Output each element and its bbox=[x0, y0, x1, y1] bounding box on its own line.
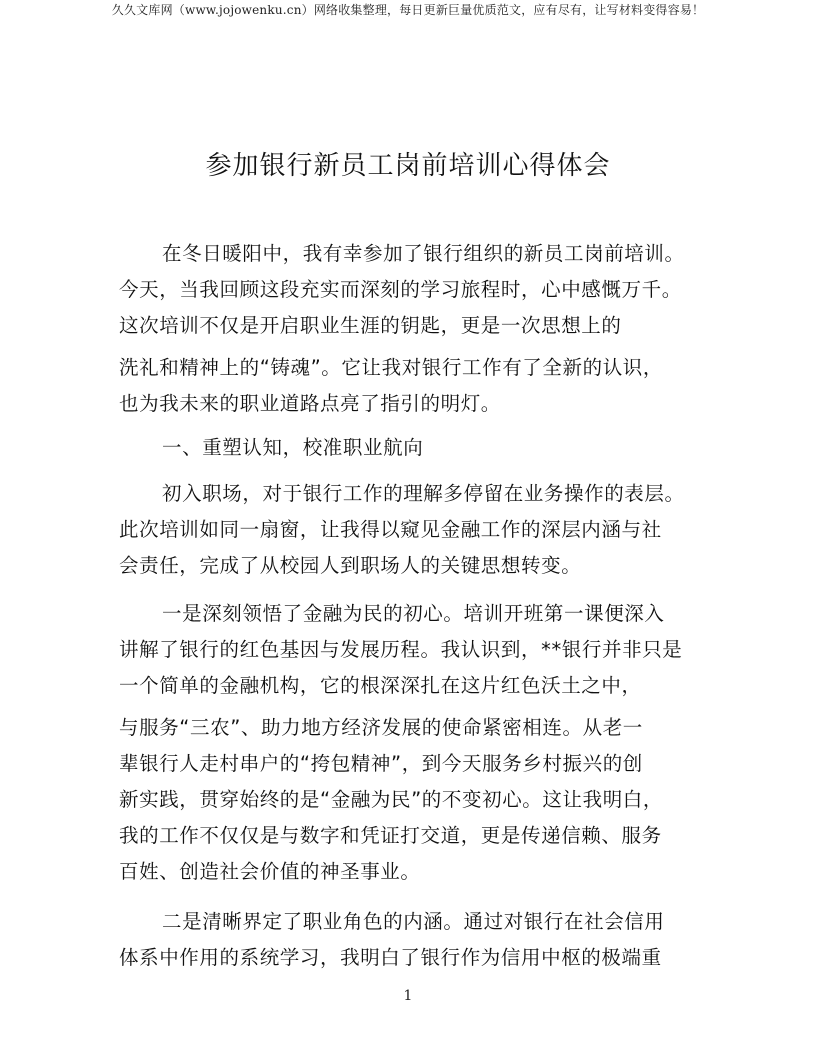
section-heading: 一、重塑认知，校准职业航向 bbox=[162, 434, 423, 462]
page-number: 1 bbox=[0, 988, 816, 1004]
text-line: 辈银行人走村串户的“挎包精神”，到今天服务乡村振兴的创 bbox=[119, 750, 643, 778]
text-line: 二是清晰界定了职业角色的内涵。通过对银行在社会信用 bbox=[162, 908, 665, 936]
text-line: 新实践，贯穿始终的是“金融为民”的不变初心。这让我明白， bbox=[119, 786, 663, 814]
text-line: 此次培训如同一扇窗，让我得以窥见金融工作的深层内涵与社 bbox=[119, 516, 662, 544]
text-line: 一是深刻领悟了金融为民的初心。培训开班第一课便深入 bbox=[162, 600, 665, 628]
text-line: 在冬日暖阳中，我有幸参加了银行组织的新员工岗前培训。 bbox=[162, 240, 685, 268]
text-line: 百姓、创造社会价值的神圣事业。 bbox=[119, 858, 421, 886]
text-line: 这次培训不仅是开启职业生涯的钥匙，更是一次思想上的 bbox=[119, 312, 622, 340]
text-line: 也为我未来的职业道路点亮了指引的明灯。 bbox=[119, 390, 501, 418]
text-line: 一个简单的金融机构，它的根深深扎在这片红色沃土之中， bbox=[119, 672, 642, 700]
text-line: 初入职场，对于银行工作的理解多停留在业务操作的表层。 bbox=[162, 480, 685, 508]
text-line: 洗礼和精神上的“铸魂”。它让我对银行工作有了全新的认识， bbox=[119, 354, 663, 382]
text-line: 我的工作不仅仅是与数字和凭证打交道，更是传递信赖、服务 bbox=[119, 822, 662, 850]
document-title: 参加银行新员工岗前培训心得体会 bbox=[0, 148, 816, 184]
header-banner: 久久文库网（www.jojowenku.cn）网络收集整理，每日更新巨量优质范文… bbox=[0, 2, 816, 18]
text-line: 会责任，完成了从校园人到职场人的关键思想转变。 bbox=[119, 552, 581, 580]
text-line: 讲解了银行的红色基因与发展历程。我认识到，**银行并非只是 bbox=[119, 636, 682, 664]
text-line: 与服务“三农”、助力地方经济发展的使命紧密相连。从老一 bbox=[119, 714, 643, 742]
text-line: 体系中作用的系统学习，我明白了银行作为信用中枢的极端重 bbox=[119, 944, 662, 972]
text-line: 今天，当我回顾这段充实而深刻的学习旅程时，心中感慨万千。 bbox=[119, 276, 682, 304]
